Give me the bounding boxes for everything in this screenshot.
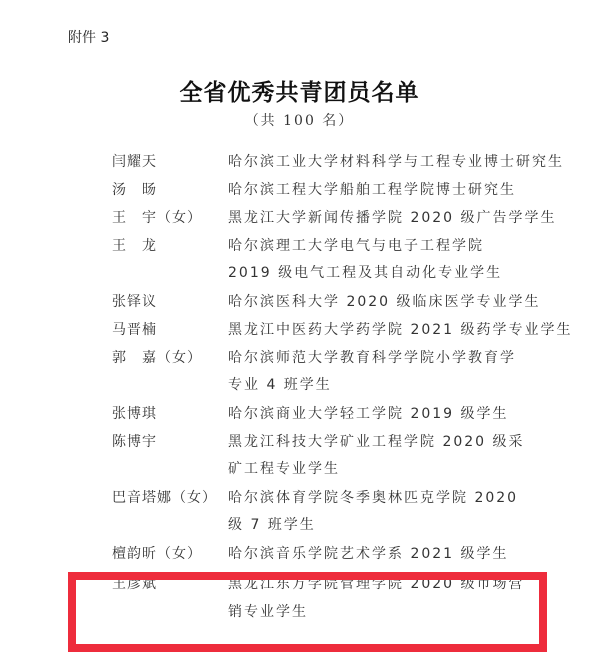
honoree-name: 郭 嘉（女）: [112, 346, 202, 370]
list-item: 闫耀天 哈尔滨工业大学材料科学与工程专业博士研究生: [0, 150, 599, 178]
honoree-description-line2: 级 7 班学生: [228, 513, 316, 537]
list-item: 马晋楠 黑龙江中医药大学药学院 2021 级药学专业学生: [0, 318, 599, 346]
attachment-label: 附件 3: [68, 27, 109, 47]
list-item-continuation: 2019 级电气工程及其自动化专业学生: [0, 261, 599, 289]
list-item: 巴音塔娜（女） 哈尔滨体育学院冬季奥林匹克学院 2020: [0, 486, 599, 514]
list-item: 汤 旸 哈尔滨工程大学船舶工程学院博士研究生: [0, 178, 599, 206]
honoree-description-line2: 专业 4 班学生: [228, 373, 332, 397]
honoree-name: 陈博宇: [112, 430, 157, 454]
honoree-description: 哈尔滨音乐学院艺术学系 2021 级学生: [228, 542, 509, 566]
honoree-description: 黑龙江科技大学矿业工程学院 2020 级采: [228, 430, 525, 454]
list-item: 檀韵昕（女） 哈尔滨音乐学院艺术学系 2021 级学生: [0, 542, 599, 570]
list-item-continuation: 矿工程专业学生: [0, 457, 599, 485]
honoree-description-line2: 2019 级电气工程及其自动化专业学生: [228, 261, 502, 285]
list-item-continuation: 级 7 班学生: [0, 513, 599, 541]
honoree-name: 汤 旸: [112, 178, 157, 202]
list-item: 郭 嘉（女） 哈尔滨师范大学教育科学学院小学教育学: [0, 346, 599, 374]
honoree-name: 张铎议: [112, 290, 157, 314]
honoree-description: 哈尔滨体育学院冬季奥林匹克学院 2020: [228, 486, 518, 510]
list-item: 王 龙 哈尔滨理工大学电气与电子工程学院: [0, 234, 599, 262]
highlight-annotation-box: [68, 572, 547, 652]
honoree-description: 哈尔滨师范大学教育科学学院小学教育学: [228, 346, 516, 370]
page-subtitle: （共 100 名）: [0, 110, 599, 130]
honoree-description: 黑龙江大学新闻传播学院 2020 级广告学学生: [228, 206, 557, 230]
honoree-name: 闫耀天: [112, 150, 157, 174]
list-item: 张铎议 哈尔滨医科大学 2020 级临床医学专业学生: [0, 290, 599, 318]
list-item: 王 宇（女） 黑龙江大学新闻传播学院 2020 级广告学学生: [0, 206, 599, 234]
list-item: 张博琪 哈尔滨商业大学轻工学院 2019 级学生: [0, 402, 599, 430]
list-item-continuation: 专业 4 班学生: [0, 373, 599, 401]
honoree-description: 哈尔滨工业大学材料科学与工程专业博士研究生: [228, 150, 564, 174]
honoree-name: 檀韵昕（女）: [112, 542, 202, 566]
honoree-name: 王 宇（女）: [112, 206, 202, 230]
honoree-description: 哈尔滨商业大学轻工学院 2019 级学生: [228, 402, 509, 426]
honoree-name: 王 龙: [112, 234, 157, 258]
honoree-description: 哈尔滨工程大学船舶工程学院博士研究生: [228, 178, 516, 202]
honoree-name: 马晋楠: [112, 318, 157, 342]
honoree-description-line2: 矿工程专业学生: [228, 457, 340, 481]
page-title: 全省优秀共青团员名单: [0, 74, 599, 107]
list-item: 陈博宇 黑龙江科技大学矿业工程学院 2020 级采: [0, 430, 599, 458]
honoree-name: 巴音塔娜（女）: [112, 486, 217, 510]
honoree-description: 哈尔滨医科大学 2020 级临床医学专业学生: [228, 290, 541, 314]
honoree-name: 张博琪: [112, 402, 157, 426]
honoree-description: 哈尔滨理工大学电气与电子工程学院: [228, 234, 484, 258]
honoree-description: 黑龙江中医药大学药学院 2021 级药学专业学生: [228, 318, 573, 342]
